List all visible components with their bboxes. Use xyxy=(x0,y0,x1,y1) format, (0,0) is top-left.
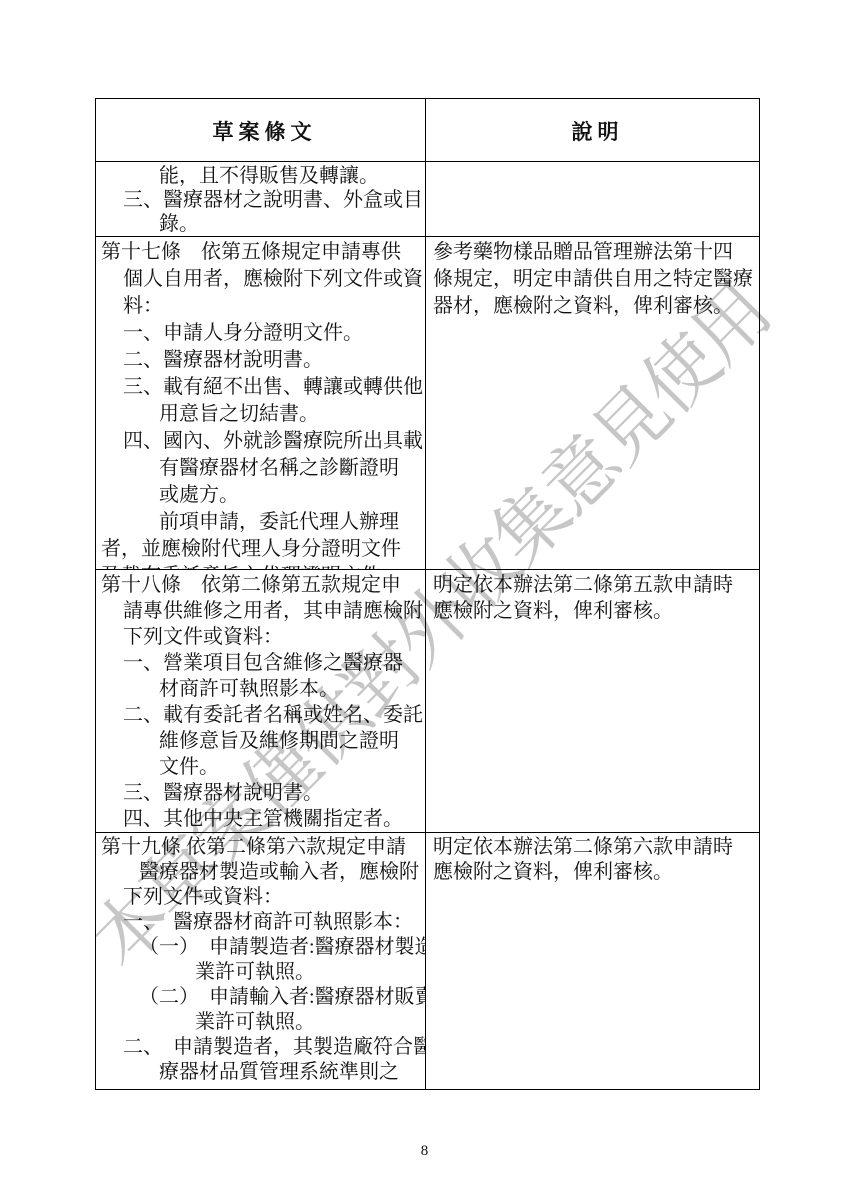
table-row: 第十八條 依第二條第五款規定申請專供維修之用者，其申請應檢附下列文件或資料：一、… xyxy=(96,569,759,832)
table-row: 第十九條 依第二條第六款規定申請醫療器材製造或輸入者，應檢附下列文件或資料：一、… xyxy=(96,832,759,1089)
table-row: 能，且不得販售及轉讓。三、醫療器材之說明書、外盒或目錄。 xyxy=(96,161,759,236)
text-line: 錄。 xyxy=(101,212,423,236)
text-line: 應檢附之資料，俾利審核。 xyxy=(433,598,757,624)
text-line: 用意旨之切結書。 xyxy=(101,401,423,428)
text-line: 三、醫療器材之說明書、外盒或目 xyxy=(101,188,423,212)
text-line: 下列文件或資料： xyxy=(101,885,423,910)
text-line: 一、 醫療器材商許可執照影本： xyxy=(101,910,423,935)
text-line: 二、 申請製造者，其製造廠符合醫 xyxy=(101,1035,423,1060)
text-line: 二、醫療器材說明書。 xyxy=(101,347,423,374)
draft-cell: 能，且不得販售及轉讓。三、醫療器材之說明書、外盒或目錄。 xyxy=(96,162,426,236)
text-line: 參考藥物樣品贈品管理辦法第十四 xyxy=(433,239,757,266)
text-line: （一） 申請製造者:醫療器材製造 xyxy=(101,935,423,960)
draft-cell: 第十七條 依第五條規定申請專供個人自用者，應檢附下列文件或資料：一、申請人身分證… xyxy=(96,237,426,569)
text-line: 應檢附之資料，俾利審核。 xyxy=(433,860,757,885)
text-line: 三、醫療器材說明書。 xyxy=(101,780,423,806)
column-header-draft: 草案條文 xyxy=(208,116,317,146)
text-line: 第十八條 依第二條第五款規定申 xyxy=(101,572,423,598)
text-line: 或處方。 xyxy=(101,482,423,509)
text-line: 業許可執照。 xyxy=(101,1010,423,1035)
explanation-cell: 參考藥物樣品贈品管理辦法第十四條規定，明定申請供自用之特定醫療器材，應檢附之資料… xyxy=(426,237,759,569)
text-line: 明定依本辦法第二條第五款申請時 xyxy=(433,572,757,598)
text-line: 下列文件或資料： xyxy=(101,624,423,650)
text-line: 文件。 xyxy=(101,754,423,780)
text-line: 個人自用者，應檢附下列文件或資 xyxy=(101,266,423,293)
text-line: 二、載有委託者名稱或姓名、委託 xyxy=(101,702,423,728)
draft-cell: 第十八條 依第二條第五款規定申請專供維修之用者，其申請應檢附下列文件或資料：一、… xyxy=(96,570,426,832)
table-row: 第十七條 依第五條規定申請專供個人自用者，應檢附下列文件或資料：一、申請人身分證… xyxy=(96,236,759,569)
page-number: 8 xyxy=(0,1143,849,1160)
text-line: 前項申請，委託代理人辦理 xyxy=(101,509,423,536)
text-line: 四、其他中央主管機關指定者。 xyxy=(101,806,423,832)
text-line: 者，並應檢附代理人身分證明文件 xyxy=(101,536,423,563)
document-page: 本草案僅供對外收集意見使用 草案條文 說明 能，且不得販售及轉讓。三、醫療器材之… xyxy=(0,0,849,1200)
text-line: 療器材品質管理系統準則之 xyxy=(101,1060,423,1085)
text-line: 能，且不得販售及轉讓。 xyxy=(101,164,423,188)
text-line: 請專供維修之用者，其申請應檢附 xyxy=(101,598,423,624)
text-line: 料： xyxy=(101,293,423,320)
explanation-cell: 明定依本辦法第二條第六款申請時應檢附之資料，俾利審核。 xyxy=(426,833,759,1089)
text-line: 第十九條 依第二條第六款規定申請 xyxy=(101,835,423,860)
text-line: 及載有委託意旨之代理證明文件。 xyxy=(101,563,423,569)
draft-cell: 第十九條 依第二條第六款規定申請醫療器材製造或輸入者，應檢附下列文件或資料：一、… xyxy=(96,833,426,1089)
text-line: 四、國內、外就診醫療院所出具載 xyxy=(101,428,423,455)
text-line: 有醫療器材名稱之診斷證明 xyxy=(101,455,423,482)
text-line: 三、載有絕不出售、轉讓或轉供他 xyxy=(101,374,423,401)
text-line: 一、營業項目包含維修之醫療器 xyxy=(101,650,423,676)
text-line: 業許可執照。 xyxy=(101,960,423,985)
text-line: 明定依本辦法第二條第六款申請時 xyxy=(433,835,757,860)
table-header-row: 草案條文 說明 xyxy=(96,99,759,161)
text-line: 條規定，明定申請供自用之特定醫療 xyxy=(433,266,757,293)
text-line: 第十七條 依第五條規定申請專供 xyxy=(101,239,423,266)
text-line: 器材，應檢附之資料，俾利審核。 xyxy=(433,293,757,320)
text-line: 一、申請人身分證明文件。 xyxy=(101,320,423,347)
text-line: （二） 申請輸入者:醫療器材販賣 xyxy=(101,985,423,1010)
explanation-cell xyxy=(426,162,759,236)
column-header-explanation: 說明 xyxy=(567,116,624,146)
explanation-cell: 明定依本辦法第二條第五款申請時應檢附之資料，俾利審核。 xyxy=(426,570,759,832)
text-line: 維修意旨及維修期間之證明 xyxy=(101,728,423,754)
text-line: 醫療器材製造或輸入者，應檢附 xyxy=(101,860,423,885)
text-line: 材商許可執照影本。 xyxy=(101,676,423,702)
articles-table: 草案條文 說明 能，且不得販售及轉讓。三、醫療器材之說明書、外盒或目錄。 第十七… xyxy=(95,98,760,1090)
